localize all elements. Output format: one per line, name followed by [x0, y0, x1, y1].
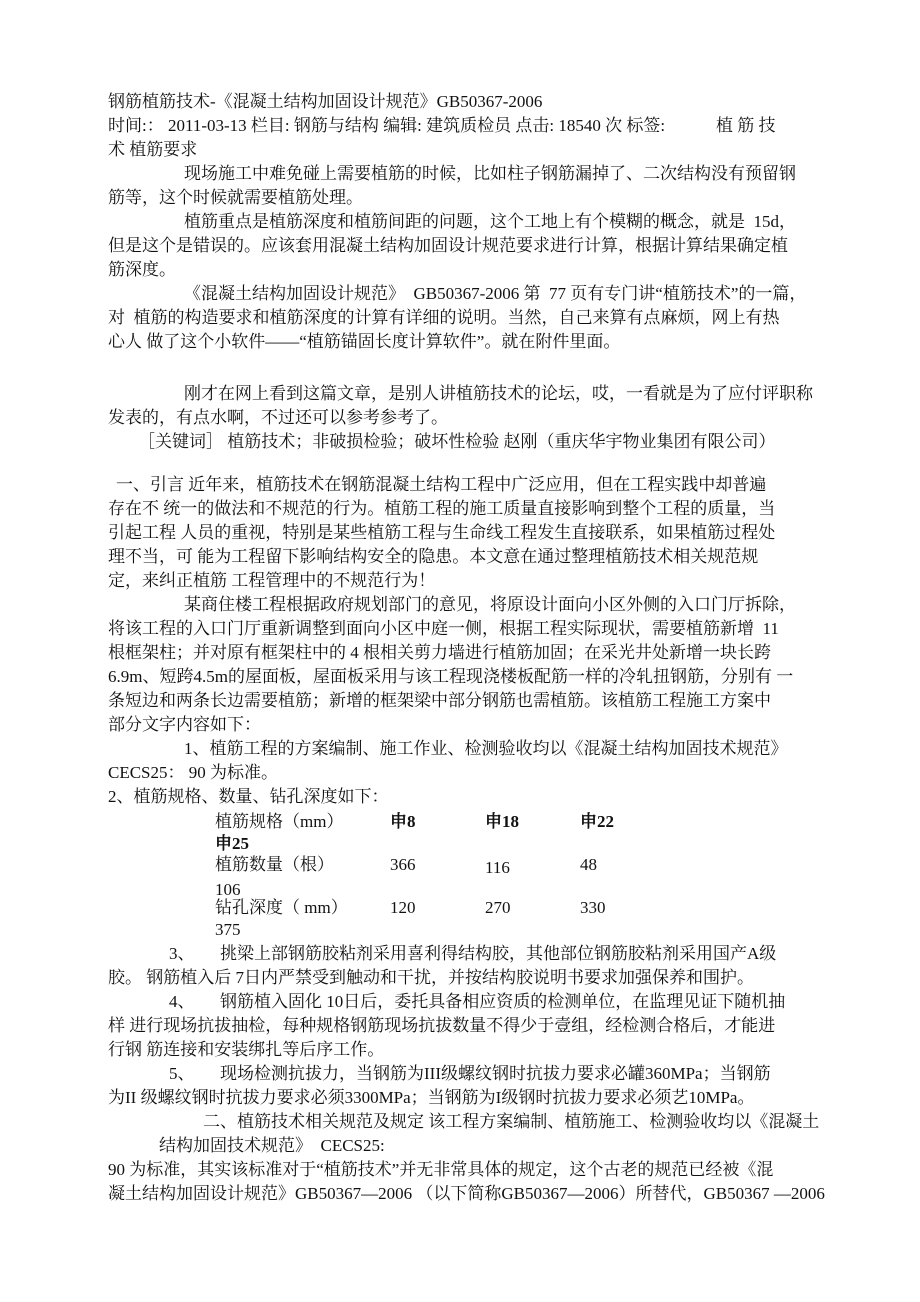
- paragraph-intro-1: 现场施工中难免碰上需要植筋的时候，比如柱子钢筋漏掉了、二次结构没有预留钢 筋等，…: [108, 162, 853, 210]
- paragraph-intro-3: 《混凝土结构加固设计规范》 GB50367-2006 第 77 页有专门讲“植筋…: [108, 282, 853, 354]
- table-row-drill-depth: 钻孔深度（ mm） 120 270 330 375: [215, 897, 853, 940]
- table-cell: 270: [485, 897, 580, 919]
- list-item-4: 4、 钢筋植入固化 10日后，委托具备相应资质的检测单位，在监理见证下随机抽 样…: [108, 990, 853, 1062]
- section-1-introduction: 一、引言 近年来，植筋技术在钢筋混凝土结构工程中广泛应用，但在工程实践中却普遍 …: [108, 473, 853, 593]
- table-cell: 120: [390, 897, 485, 919]
- table-row-spec: 植筋规格（mm） 申8 申18 申22 申25: [215, 811, 853, 854]
- table-cell: 106: [215, 879, 390, 901]
- table-cell: 366: [390, 854, 485, 876]
- paragraph-intro-2: 植筋重点是植筋深度和植筋间距的问题，这个工地上有个模糊的概念，就是 15d， 但…: [108, 210, 853, 282]
- document-page: 钢筋植筋技术-《混凝土结构加固设计规范》GB50367-2006 时间:： 20…: [108, 90, 853, 1206]
- list-item-2: 2、植筋规格、数量、钻孔深度如下：: [108, 785, 853, 809]
- table-cell: 申25: [215, 833, 390, 855]
- table-cell: 330: [580, 897, 675, 919]
- table-cell: 申18: [485, 811, 580, 833]
- article-meta: 时间:： 2011-03-13 栏目: 钢筋与结构 编辑: 建筑质检员 点击: …: [108, 114, 853, 162]
- table-cell: 申22: [580, 811, 675, 833]
- keywords-line: ［关键词］ 植筋技术；非破损检验；破坏性检验 赵刚（重庆华宇物业集团有限公司）: [108, 430, 853, 454]
- paragraph-project-background: 某商住楼工程根据政府规划部门的意见，将原设计面向小区外侧的入口门厅拆除， 将该工…: [108, 593, 853, 737]
- table-row-label: 钻孔深度（ mm）: [215, 897, 390, 919]
- rebar-spec-table: 植筋规格（mm） 申8 申18 申22 申25 植筋数量（根） 366 116 …: [215, 811, 853, 940]
- table-row-label: 植筋数量（根）: [215, 854, 390, 876]
- paragraph-closing: 90 为标准，其实该标准对于“植筋技术”并无非常具体的规定，这个古老的规范已经被…: [108, 1158, 853, 1206]
- table-cell: 116: [485, 857, 580, 879]
- table-row-quantity: 植筋数量（根） 366 116 48 106: [215, 854, 853, 897]
- list-item-3: 3、 挑梁上部钢筋胶粘剂采用喜利得结构胶，其他部位钢筋胶粘剂采用国产A级 胶。 …: [108, 942, 853, 990]
- list-item-5: 5、 现场检测抗拔力，当钢筋为III级螺纹钢时抗拔力要求必罐360MPa；当钢筋…: [108, 1062, 853, 1110]
- table-cell: 375: [215, 919, 390, 941]
- section-2-heading: 二、植筋技术相关规范及规定 该工程方案编制、植筋施工、检测验收均以《混凝土 结构…: [108, 1110, 853, 1158]
- paragraph-comment: 刚才在网上看到这篇文章，是别人讲植筋技术的论坛，哎，一看就是为了应付评职称 发表…: [108, 382, 853, 430]
- table-cell: 48: [580, 854, 675, 876]
- table-cell: 申8: [390, 811, 485, 833]
- table-row-label: 植筋规格（mm）: [215, 811, 390, 833]
- document-title: 钢筋植筋技术-《混凝土结构加固设计规范》GB50367-2006: [108, 90, 853, 114]
- list-item-1: 1、植筋工程的方案编制、施工作业、检测验收均以《混凝土结构加固技术规范》 CEC…: [108, 737, 853, 785]
